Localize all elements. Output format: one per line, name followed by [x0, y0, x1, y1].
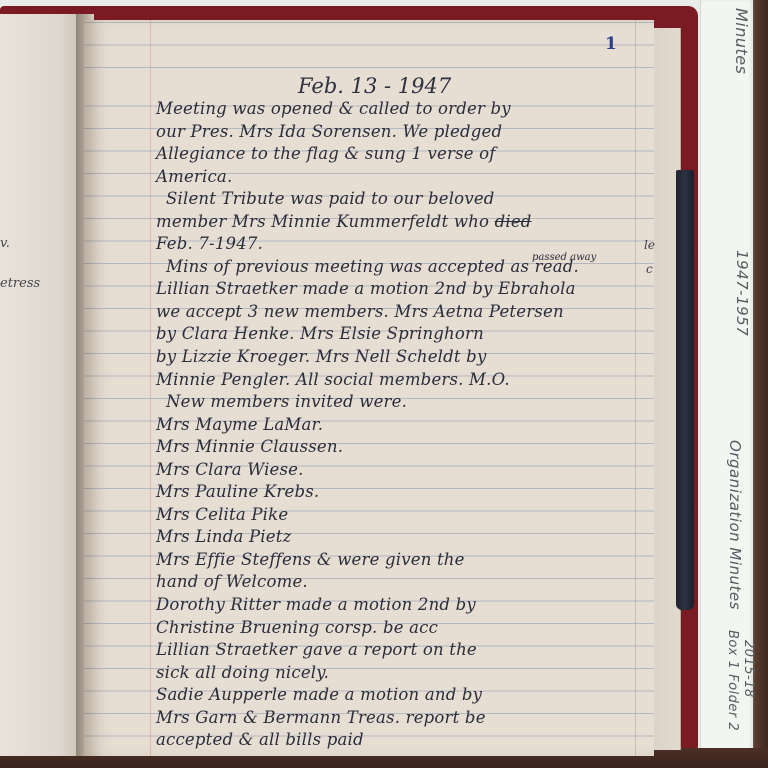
folder-label-title: Minutes: [732, 8, 751, 74]
text-line: by Clara Henke. Mrs Elsie Springhorn: [156, 323, 634, 346]
folder-label-accession: 2015-18: [741, 640, 756, 698]
folder-label-collection: Organization Minutes: [726, 440, 744, 610]
text-line: Mrs Mayme LaMar.: [156, 414, 634, 437]
text-line: Mrs Clara Wiese.: [156, 459, 634, 482]
text-line: New members invited were.: [156, 391, 634, 414]
text-line: Mrs Minnie Claussen.: [156, 436, 634, 459]
folder-label-years: 1947-1957: [733, 250, 751, 336]
folder-label-location: Box 1 Folder 2: [725, 630, 740, 731]
text-line: Sadie Aupperle made a motion and by: [156, 684, 634, 707]
text-line: Lillian Straetker made a motion 2nd by E…: [156, 278, 634, 301]
text-line: Christine Bruening corsp. be acc: [156, 617, 634, 640]
margin-mark: le: [644, 238, 655, 252]
text-line: Mrs Pauline Krebs.: [156, 481, 634, 504]
text-line: Meeting was opened & called to order by: [156, 98, 634, 121]
text-line: accepted & all bills paid: [156, 729, 634, 752]
left-page-fragment: etress: [0, 276, 40, 291]
text-line: Allegiance to the flag & sung 1 verse of: [156, 143, 634, 166]
text-line: by Lizzie Kroeger. Mrs Nell Scheldt by: [156, 346, 634, 369]
margin-mark: c: [646, 262, 653, 276]
text-line: Mrs Linda Pietz: [156, 526, 634, 549]
minutes-page: 1 Feb. 13 - 1947 Meeting was opened & ca…: [84, 20, 654, 756]
struck-word: died: [495, 212, 532, 231]
text-line: Lillian Straetker gave a report on the: [156, 639, 634, 662]
text-line: America.: [156, 166, 634, 189]
date-heading: Feb. 13 - 1947: [298, 74, 451, 98]
text-line: hand of Welcome.: [156, 571, 634, 594]
text-line: member Mrs Minnie Kummerfeldt who died: [156, 211, 634, 234]
text-line: our Pres. Mrs Ida Sorensen. We pledged: [156, 121, 634, 144]
text-line: Mrs Garn & Bermann Treas. report be: [156, 707, 634, 730]
text-line: Silent Tribute was paid to our beloved: [156, 188, 634, 211]
left-page: v. etress: [0, 14, 77, 756]
page-number: 1: [605, 34, 617, 54]
left-page-fragment: v.: [0, 236, 10, 251]
text-line: Dorothy Ritter made a motion 2nd by: [156, 594, 634, 617]
correction-annotation: passed away: [532, 252, 596, 263]
bookmark-ribbon: [676, 170, 694, 610]
text-line: Mrs Effie Steffens & were given the: [156, 549, 634, 572]
text-line: Minnie Pengler. All social members. M.O.: [156, 369, 634, 392]
text-line: Mrs Celita Pike: [156, 504, 634, 527]
minutes-text: Meeting was opened & called to order by …: [156, 98, 634, 752]
text-line: sick all doing nicely.: [156, 662, 634, 685]
text-line: we accept 3 new members. Mrs Aetna Peter…: [156, 301, 634, 324]
